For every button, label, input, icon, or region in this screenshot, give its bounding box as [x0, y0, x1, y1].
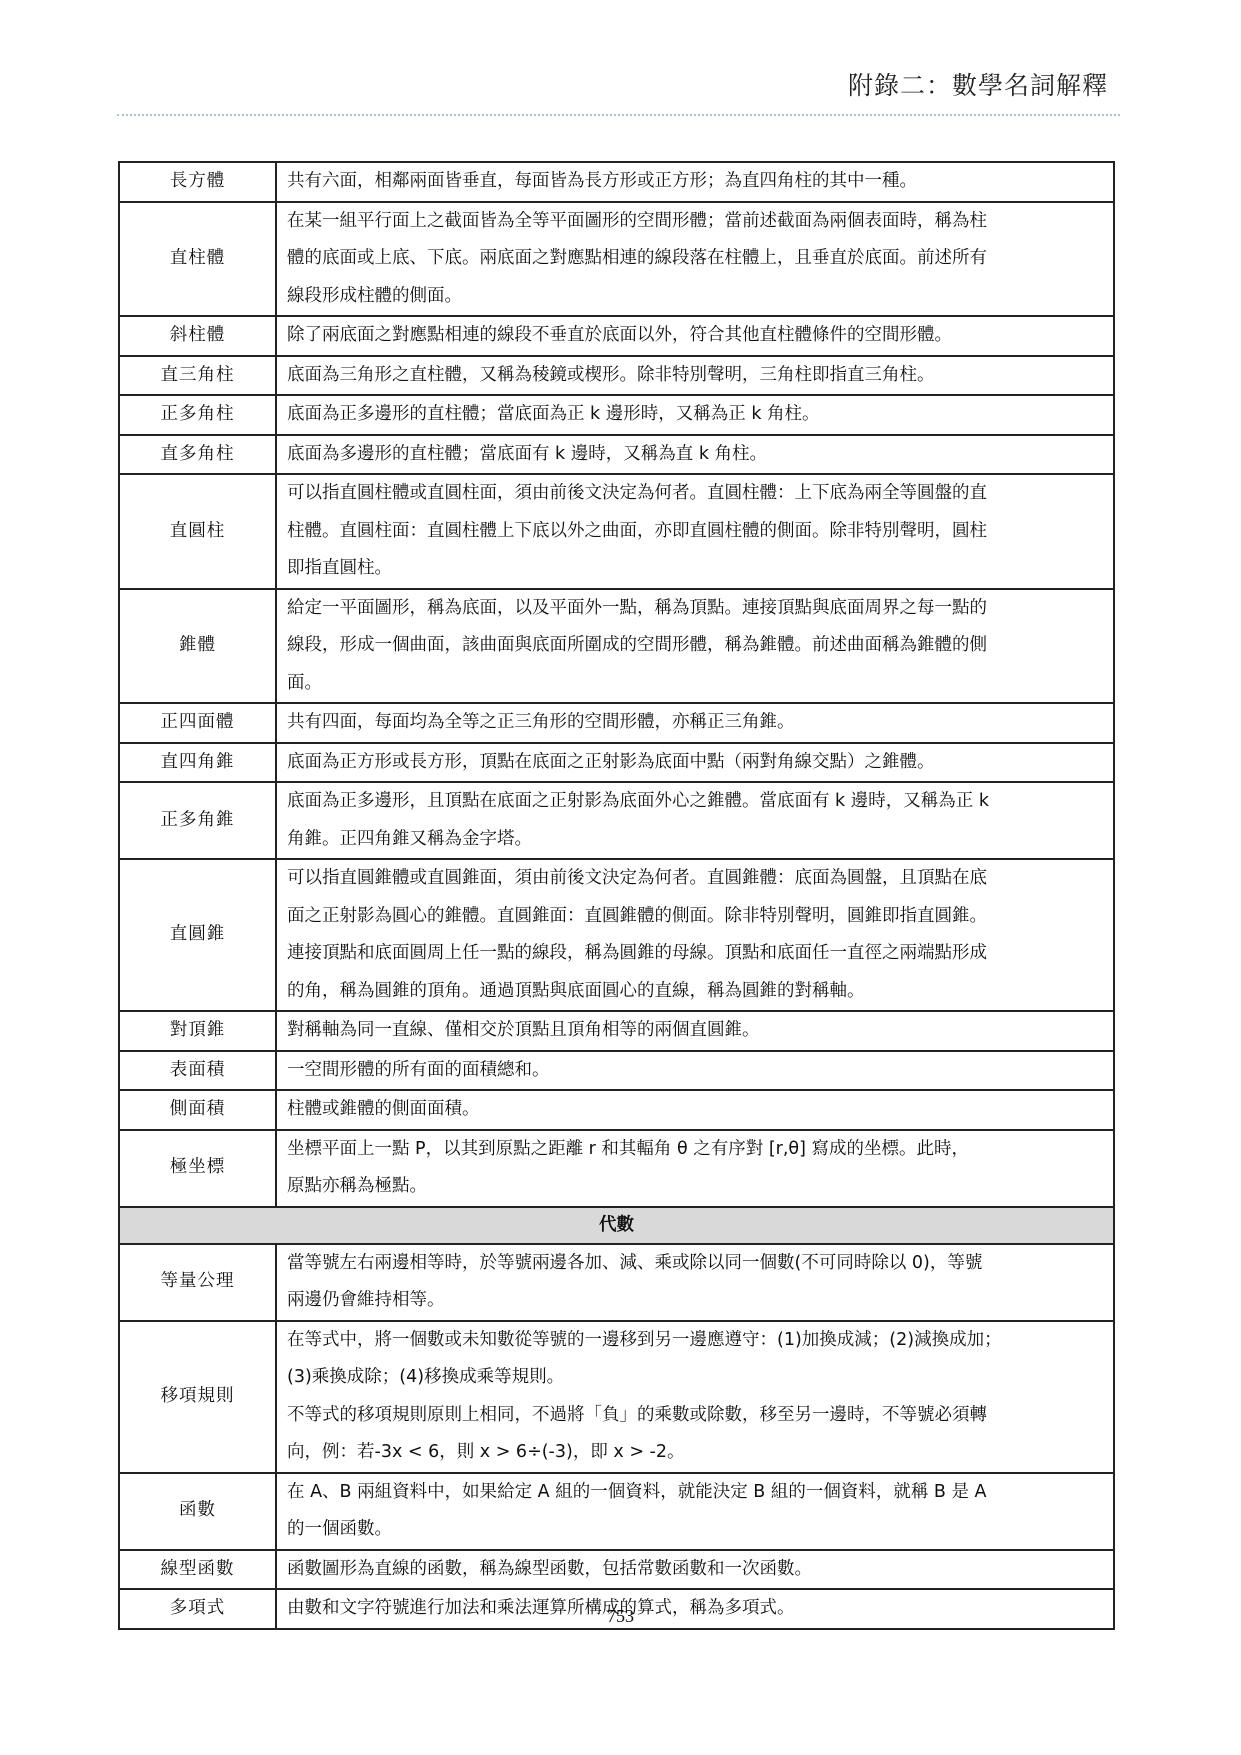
glossary-row: 正四面體共有四面，每面均為全等之正三角形的空間形體，亦稱正三角錐。 — [119, 703, 1114, 743]
definition-line: 共有四面，每面均為全等之正三角形的空間形體，亦稱正三角錐。 — [287, 704, 1103, 742]
definition-cell: 當等號左右兩邊相等時，於等號兩邊各加、減、乘或除以同一個數(不可同時除以 0)，… — [276, 1244, 1114, 1321]
page-header-title: 附錄二：數學名詞解釋 — [117, 66, 1108, 102]
definition-line: 柱體。直圓柱面：直圓柱體上下底以外之曲面，亦即直圓柱體的側面。除非特別聲明，圓柱 — [287, 513, 1103, 551]
definition-line: 面。 — [287, 665, 1103, 703]
term-cell: 長方體 — [119, 162, 276, 202]
glossary-row: 直四角錐底面為正方形或長方形，頂點在底面之正射影為底面中點（兩對角線交點）之錐體… — [119, 743, 1114, 783]
definition-line: 在某一組平行面上之截面皆為全等平面圖形的空間形體；當前述截面為兩個表面時，稱為柱 — [287, 203, 1103, 241]
term-cell: 錐體 — [119, 589, 276, 704]
glossary-row: 正多角柱底面為正多邊形的直柱體；當底面為正 k 邊形時，又稱為正 k 角柱。 — [119, 395, 1114, 435]
glossary-table: 長方體共有六面，相鄰兩面皆垂直，每面皆為長方形或正方形；為直四角柱的其中一種。直… — [118, 161, 1115, 1630]
definition-line: 不等式的移項規則原則上相同，不過將「負」的乘數或除數，移至另一邊時，不等號必須轉 — [287, 1397, 1103, 1435]
definition-line: 線段形成柱體的側面。 — [287, 278, 1103, 316]
definition-line: 底面為三角形之直柱體，又稱為稜鏡或楔形。除非特別聲明，三角柱即指直三角柱。 — [287, 357, 1103, 395]
definition-line: 底面為正方形或長方形，頂點在底面之正射影為底面中點（兩對角線交點）之錐體。 — [287, 744, 1103, 782]
definition-cell: 可以指直圓柱體或直圓柱面，須由前後文決定為何者。直圓柱體：上下底為兩全等圓盤的直… — [276, 474, 1114, 589]
term-cell: 直四角錐 — [119, 743, 276, 783]
term-cell: 函數 — [119, 1473, 276, 1550]
definition-line: 底面為正多邊形，且頂點在底面之正射影為底面外心之錐體。當底面有 k 邊時，又稱為… — [287, 783, 1103, 821]
term-cell: 直柱體 — [119, 202, 276, 317]
definition-line: 即指直圓柱。 — [287, 550, 1103, 588]
definition-cell: 共有六面，相鄰兩面皆垂直，每面皆為長方形或正方形；為直四角柱的其中一種。 — [276, 162, 1114, 202]
header-divider — [117, 114, 1120, 116]
term-cell: 極坐標 — [119, 1130, 276, 1207]
term-cell: 直圓錐 — [119, 859, 276, 1011]
term-cell: 直三角柱 — [119, 356, 276, 396]
definition-cell: 底面為正方形或長方形，頂點在底面之正射影為底面中點（兩對角線交點）之錐體。 — [276, 743, 1114, 783]
definition-line: (3)乘換成除；(4)移換成乘等規則。 — [287, 1359, 1103, 1397]
glossary-row: 錐體給定一平面圖形，稱為底面，以及平面外一點，稱為頂點。連接頂點與底面周界之每一… — [119, 589, 1114, 704]
term-cell: 正多角柱 — [119, 395, 276, 435]
definition-cell: 給定一平面圖形，稱為底面，以及平面外一點，稱為頂點。連接頂點與底面周界之每一點的… — [276, 589, 1114, 704]
definition-cell: 除了兩底面之對應點相連的線段不垂直於底面以外，符合其他直柱體條件的空間形體。 — [276, 316, 1114, 356]
definition-line: 除了兩底面之對應點相連的線段不垂直於底面以外，符合其他直柱體條件的空間形體。 — [287, 317, 1103, 355]
definition-line: 底面為正多邊形的直柱體；當底面為正 k 邊形時，又稱為正 k 角柱。 — [287, 396, 1103, 434]
glossary-row: 直三角柱底面為三角形之直柱體，又稱為稜鏡或楔形。除非特別聲明，三角柱即指直三角柱… — [119, 356, 1114, 396]
glossary-body: 長方體共有六面，相鄰兩面皆垂直，每面皆為長方形或正方形；為直四角柱的其中一種。直… — [119, 162, 1114, 1629]
term-cell: 側面積 — [119, 1090, 276, 1130]
definition-cell: 函數圖形為直線的函數，稱為線型函數，包括常數函數和一次函數。 — [276, 1550, 1114, 1590]
definition-line: 線段，形成一個曲面，該曲面與底面所圍成的空間形體，稱為錐體。前述曲面稱為錐體的側 — [287, 627, 1103, 665]
term-cell: 等量公理 — [119, 1244, 276, 1321]
glossary-row: 移項規則在等式中，將一個數或未知數從等號的一邊移到另一邊應遵守：(1)加換成減；… — [119, 1321, 1114, 1473]
definition-line: 共有六面，相鄰兩面皆垂直，每面皆為長方形或正方形；為直四角柱的其中一種。 — [287, 163, 1103, 201]
definition-cell: 共有四面，每面均為全等之正三角形的空間形體，亦稱正三角錐。 — [276, 703, 1114, 743]
glossary-row: 側面積柱體或錐體的側面面積。 — [119, 1090, 1114, 1130]
definition-line: 連接頂點和底面圓周上任一點的線段，稱為圓錐的母線。頂點和底面任一直徑之兩端點形成 — [287, 935, 1103, 973]
definition-line: 向，例：若-3x < 6，則 x > 6÷(-3)，即 x > -2。 — [287, 1434, 1103, 1472]
glossary-row: 斜柱體除了兩底面之對應點相連的線段不垂直於底面以外，符合其他直柱體條件的空間形體… — [119, 316, 1114, 356]
glossary-row: 線型函數函數圖形為直線的函數，稱為線型函數，包括常數函數和一次函數。 — [119, 1550, 1114, 1590]
term-cell: 斜柱體 — [119, 316, 276, 356]
definition-cell: 底面為正多邊形，且頂點在底面之正射影為底面外心之錐體。當底面有 k 邊時，又稱為… — [276, 782, 1114, 859]
glossary-row: 直多角柱底面為多邊形的直柱體；當底面有 k 邊時，又稱為直 k 角柱。 — [119, 435, 1114, 475]
definition-line: 體的底面或上底、下底。兩底面之對應點相連的線段落在柱體上，且垂直於底面。前述所有 — [287, 240, 1103, 278]
definition-line: 在 A、B 兩組資料中，如果給定 A 組的一個資料，就能決定 B 組的一個資料，… — [287, 1474, 1103, 1512]
term-cell: 對頂錐 — [119, 1011, 276, 1051]
term-cell: 正四面體 — [119, 703, 276, 743]
definition-cell: 對稱軸為同一直線、僅相交於頂點且頂角相等的兩個直圓錐。 — [276, 1011, 1114, 1051]
glossary-row: 長方體共有六面，相鄰兩面皆垂直，每面皆為長方形或正方形；為直四角柱的其中一種。 — [119, 162, 1114, 202]
term-cell: 表面積 — [119, 1051, 276, 1091]
definition-line: 兩邊仍會維持相等。 — [287, 1282, 1103, 1320]
definition-cell: 可以指直圓錐體或直圓錐面，須由前後文決定為何者。直圓錐體：底面為圓盤，且頂點在底… — [276, 859, 1114, 1011]
glossary-row: 直柱體在某一組平行面上之截面皆為全等平面圖形的空間形體；當前述截面為兩個表面時，… — [119, 202, 1114, 317]
definition-cell: 柱體或錐體的側面面積。 — [276, 1090, 1114, 1130]
glossary-row: 表面積一空間形體的所有面的面積總和。 — [119, 1051, 1114, 1091]
definition-line: 底面為多邊形的直柱體；當底面有 k 邊時，又稱為直 k 角柱。 — [287, 436, 1103, 474]
section-header-row: 代數 — [119, 1207, 1114, 1244]
definition-cell: 底面為正多邊形的直柱體；當底面為正 k 邊形時，又稱為正 k 角柱。 — [276, 395, 1114, 435]
definition-cell: 在 A、B 兩組資料中，如果給定 A 組的一個資料，就能決定 B 組的一個資料，… — [276, 1473, 1114, 1550]
definition-line: 的角，稱為圓錐的頂角。通過頂點與底面圓心的直線，稱為圓錐的對稱軸。 — [287, 973, 1103, 1011]
term-cell: 正多角錐 — [119, 782, 276, 859]
section-title: 代數 — [119, 1207, 1114, 1244]
definition-line: 一空間形體的所有面的面積總和。 — [287, 1052, 1103, 1090]
definition-line: 原點亦稱為極點。 — [287, 1168, 1103, 1206]
definition-line: 當等號左右兩邊相等時，於等號兩邊各加、減、乘或除以同一個數(不可同時除以 0)，… — [287, 1245, 1103, 1283]
glossary-row: 等量公理當等號左右兩邊相等時，於等號兩邊各加、減、乘或除以同一個數(不可同時除以… — [119, 1244, 1114, 1321]
definition-line: 面之正射影為圓心的錐體。直圓錐面：直圓錐體的側面。除非特別聲明，圓錐即指直圓錐。 — [287, 898, 1103, 936]
definition-line: 可以指直圓柱體或直圓柱面，須由前後文決定為何者。直圓柱體：上下底為兩全等圓盤的直 — [287, 475, 1103, 513]
definition-line: 可以指直圓錐體或直圓錐面，須由前後文決定為何者。直圓錐體：底面為圓盤，且頂點在底 — [287, 860, 1103, 898]
glossary-row: 極坐標坐標平面上一點 P，以其到原點之距離 r 和其輻角 θ 之有序對 [r,θ… — [119, 1130, 1114, 1207]
term-cell: 直圓柱 — [119, 474, 276, 589]
definition-cell: 一空間形體的所有面的面積總和。 — [276, 1051, 1114, 1091]
definition-cell: 在某一組平行面上之截面皆為全等平面圖形的空間形體；當前述截面為兩個表面時，稱為柱… — [276, 202, 1114, 317]
definition-cell: 底面為多邊形的直柱體；當底面有 k 邊時，又稱為直 k 角柱。 — [276, 435, 1114, 475]
definition-line: 在等式中，將一個數或未知數從等號的一邊移到另一邊應遵守：(1)加換成減；(2)減… — [287, 1322, 1103, 1360]
definition-line: 角錐。正四角錐又稱為金字塔。 — [287, 821, 1103, 859]
definition-line: 對稱軸為同一直線、僅相交於頂點且頂角相等的兩個直圓錐。 — [287, 1012, 1103, 1050]
glossary-row: 直圓柱可以指直圓柱體或直圓柱面，須由前後文決定為何者。直圓柱體：上下底為兩全等圓… — [119, 474, 1114, 589]
definition-line: 函數圖形為直線的函數，稱為線型函數，包括常數函數和一次函數。 — [287, 1551, 1103, 1589]
glossary-row: 直圓錐可以指直圓錐體或直圓錐面，須由前後文決定為何者。直圓錐體：底面為圓盤，且頂… — [119, 859, 1114, 1011]
glossary-row: 函數在 A、B 兩組資料中，如果給定 A 組的一個資料，就能決定 B 組的一個資… — [119, 1473, 1114, 1550]
definition-cell: 在等式中，將一個數或未知數從等號的一邊移到另一邊應遵守：(1)加換成減；(2)減… — [276, 1321, 1114, 1473]
glossary-row: 正多角錐底面為正多邊形，且頂點在底面之正射影為底面外心之錐體。當底面有 k 邊時… — [119, 782, 1114, 859]
glossary-row: 對頂錐對稱軸為同一直線、僅相交於頂點且頂角相等的兩個直圓錐。 — [119, 1011, 1114, 1051]
definition-line: 給定一平面圖形，稱為底面，以及平面外一點，稱為頂點。連接頂點與底面周界之每一點的 — [287, 590, 1103, 628]
definition-cell: 坐標平面上一點 P，以其到原點之距離 r 和其輻角 θ 之有序對 [r,θ] 寫… — [276, 1130, 1114, 1207]
page-number: 753 — [0, 1606, 1241, 1627]
definition-line: 坐標平面上一點 P，以其到原點之距離 r 和其輻角 θ 之有序對 [r,θ] 寫… — [287, 1131, 1103, 1169]
definition-line: 柱體或錐體的側面面積。 — [287, 1091, 1103, 1129]
definition-line: 的一個函數。 — [287, 1511, 1103, 1549]
term-cell: 移項規則 — [119, 1321, 276, 1473]
definition-cell: 底面為三角形之直柱體，又稱為稜鏡或楔形。除非特別聲明，三角柱即指直三角柱。 — [276, 356, 1114, 396]
term-cell: 直多角柱 — [119, 435, 276, 475]
term-cell: 線型函數 — [119, 1550, 276, 1590]
